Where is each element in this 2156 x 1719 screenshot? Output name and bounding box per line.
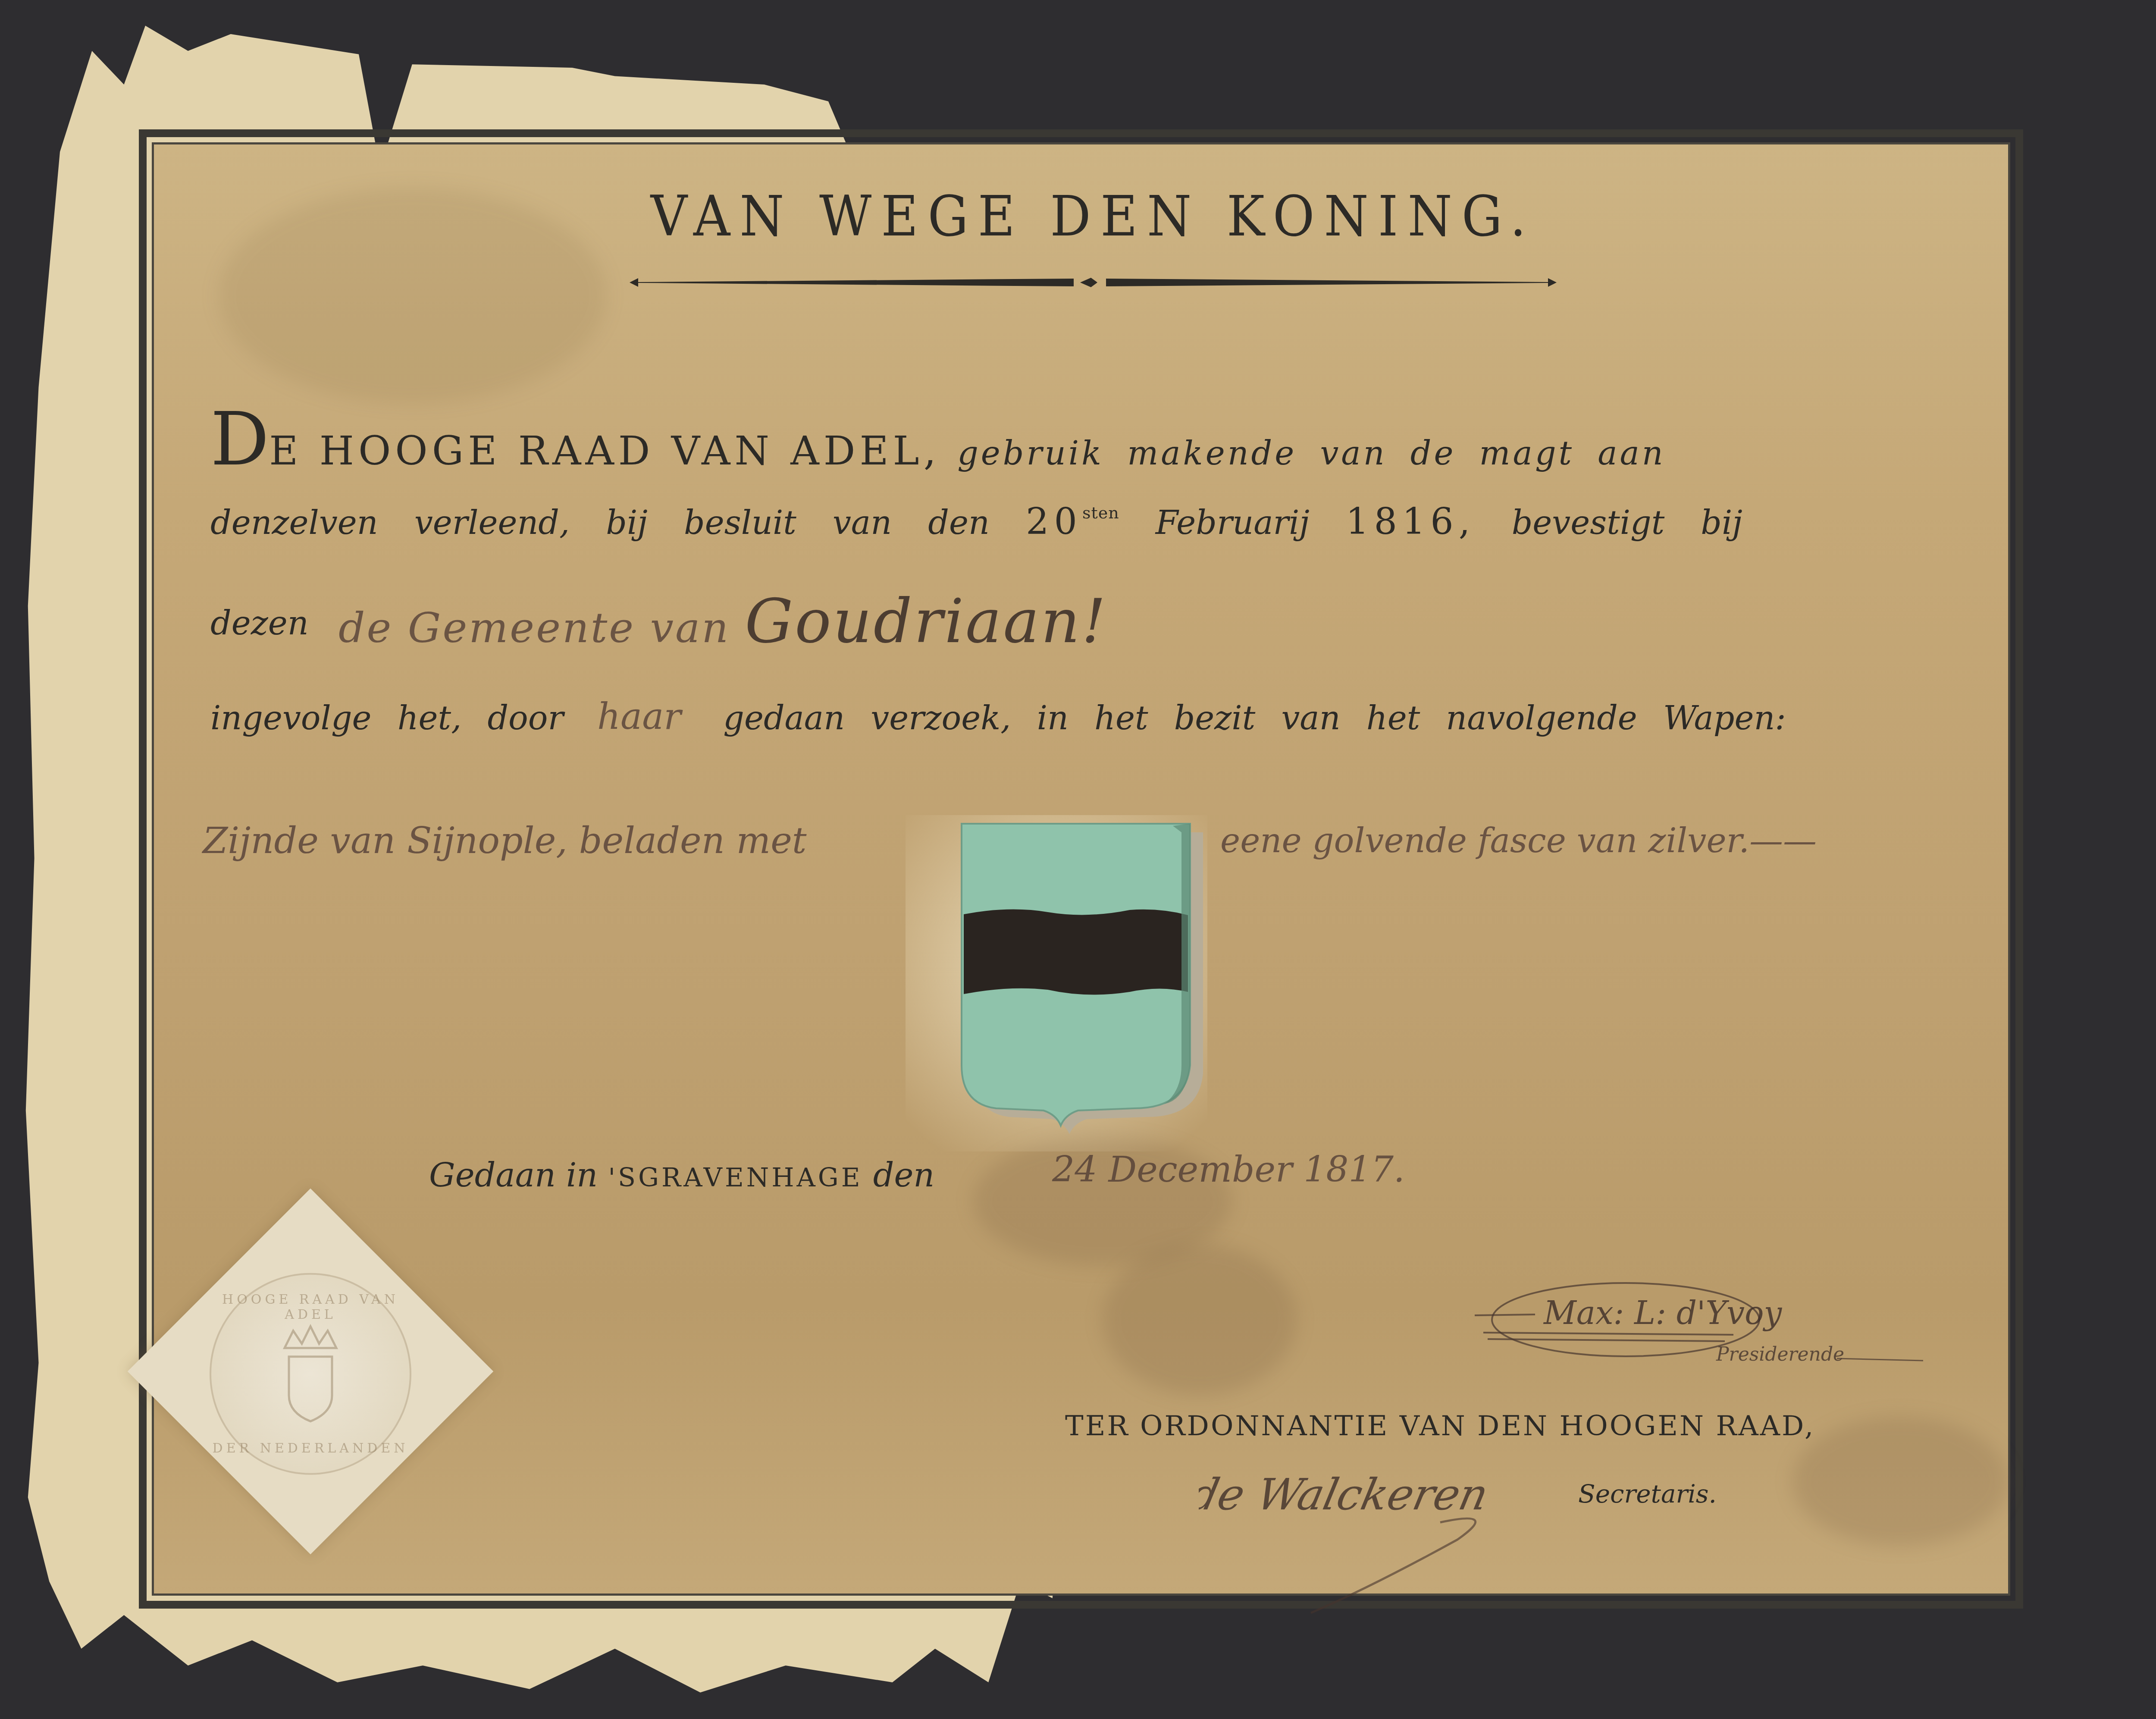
- svg-text:Presiderende: Presiderende: [1716, 1343, 1844, 1365]
- intro-line-4: ingevolge het, door gedaan verzoek, in h…: [210, 699, 1786, 737]
- intro-line-1: DE HOOGE RAAD VAN ADEL, gebruik makende …: [210, 397, 1666, 482]
- intro-text-2a: denzelven verleend, bij besluit van den: [210, 503, 990, 542]
- handwritten-pronoun: haar: [597, 695, 681, 737]
- coat-of-arms-shield: [906, 815, 1207, 1151]
- crown-arms-icon: [267, 1322, 354, 1426]
- intro-text-1: gebruik makende van de magt aan: [957, 434, 1666, 472]
- decree-year: 1816,: [1346, 500, 1475, 543]
- ornament-divider: [630, 276, 1557, 289]
- intro-text-2b: bevestigt bij: [1512, 503, 1742, 542]
- decree-day: 20sten: [1026, 500, 1119, 543]
- handwritten-blazon-part-2: eene golvende fasce van zilver.——: [1220, 822, 1817, 860]
- authority-name: E HOOGE RAAD VAN ADEL,: [269, 428, 940, 474]
- seal-text-bottom: DER NEDERLANDEN: [211, 1441, 410, 1456]
- secretary-signature: de Walckeren: [1199, 1458, 1608, 1622]
- intro-line-2: denzelven verleend, bij besluit van den …: [210, 500, 1742, 543]
- president-signature: Max: L: d'Yvoy Presiderende: [1457, 1264, 1932, 1376]
- handwritten-blazon-part-1: Zijnde van Sijnople, beladen met: [203, 819, 807, 862]
- document-header: VAN WEGE DEN KONING.: [0, 183, 2156, 249]
- seal-text-top: HOOGE RAAD VAN ADEL: [211, 1292, 410, 1322]
- by-order-line: TER ORDONNANTIE VAN DEN HOOGEN RAAD,: [1065, 1410, 1815, 1442]
- place-line: Gedaan in 'SGRAVENHAGE den: [429, 1156, 934, 1194]
- drop-initial: D: [210, 397, 269, 482]
- decree-month: Februarij: [1156, 503, 1310, 542]
- svg-text:Max: L: d'Yvoy: Max: L: d'Yvoy: [1543, 1295, 1783, 1332]
- handwritten-date: 24 December 1817.: [1052, 1149, 1405, 1190]
- secretary-title: Secretaris.: [1578, 1479, 1717, 1509]
- intro-line-3: dezen: [210, 604, 309, 642]
- recipient-name: Goudriaan!: [745, 587, 1107, 657]
- handwritten-recipient: de Gemeente van Goudriaan!: [338, 587, 1107, 657]
- svg-text:de Walckeren: de Walckeren: [1199, 1469, 1493, 1520]
- place-name: 'SGRAVENHAGE: [608, 1163, 863, 1193]
